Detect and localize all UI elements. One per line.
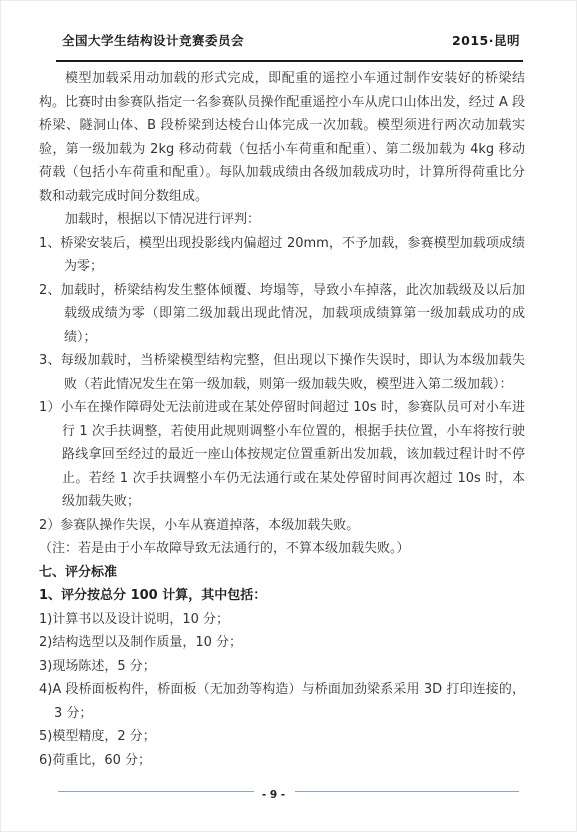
page-header: 全国大学生结构设计竞赛委员会 2015·昆明 [62,31,520,49]
judging-rule-item: 1、桥梁安装后，模型出现投影线内偏超过 20mm，不予加载，参赛模型加载项成绩为… [39,232,525,279]
scoring-item: 1)计算书以及设计说明，10 分； [39,608,525,632]
paragraph-judging-intro: 加载时，根据以下情况进行评判： [39,208,525,232]
judging-rule-item: 3、每级加载时，当桥梁模型结构完整，但出现以下操作失误时，即认为本级加载失败（若… [39,349,525,396]
committee-name: 全国大学生结构设计竞赛委员会 [62,31,244,49]
scoring-item: 4)A 段桥面板构件，桥面板（无加劲等构造）与桥面加劲梁系采用 3D 打印连接的… [39,678,525,725]
scoring-item: 6)荷重比，60 分； [39,749,525,773]
section-heading-scoring: 七、评分标准 [39,561,525,585]
document-body: 模型加载采用动加载的形式完成，即配重的遥控小车通过制作安装好的桥梁结构。比赛时由… [39,67,525,772]
failure-case-item: 1）小车在操作障碍处无法前进或在某处停留时间超过 10s 时，参赛队员可对小车进… [39,396,525,514]
page-number: - 9 - [254,787,295,803]
scoring-item: 3)现场陈述，5 分； [39,655,525,679]
note-text: （注：若是由于小车故障导致无法通行的，不算本级加载失败。） [39,537,525,561]
page-footer: - 9 - [58,783,519,799]
scoring-intro: 1、评分按总分 100 计算，其中包括： [39,584,525,608]
scoring-item: 5)模型精度，2 分； [39,725,525,749]
judging-rule-item: 2、加载时，桥梁结构发生整体倾覆、垮塌等，导致小车掉落，此次加载级及以后加载级成… [39,279,525,350]
header-rule [56,60,523,62]
document-page: 全国大学生结构设计竞赛委员会 2015·昆明 模型加载采用动加载的形式完成，即配… [0,0,577,832]
failure-case-item: 2）参赛队操作失误，小车从赛道掉落，本级加载失败。 [39,514,525,538]
paragraph-loading-description: 模型加载采用动加载的形式完成，即配重的遥控小车通过制作安装好的桥梁结构。比赛时由… [39,67,525,208]
scoring-item: 2)结构选型以及制作质量，10 分； [39,631,525,655]
edition-label: 2015·昆明 [452,31,520,49]
